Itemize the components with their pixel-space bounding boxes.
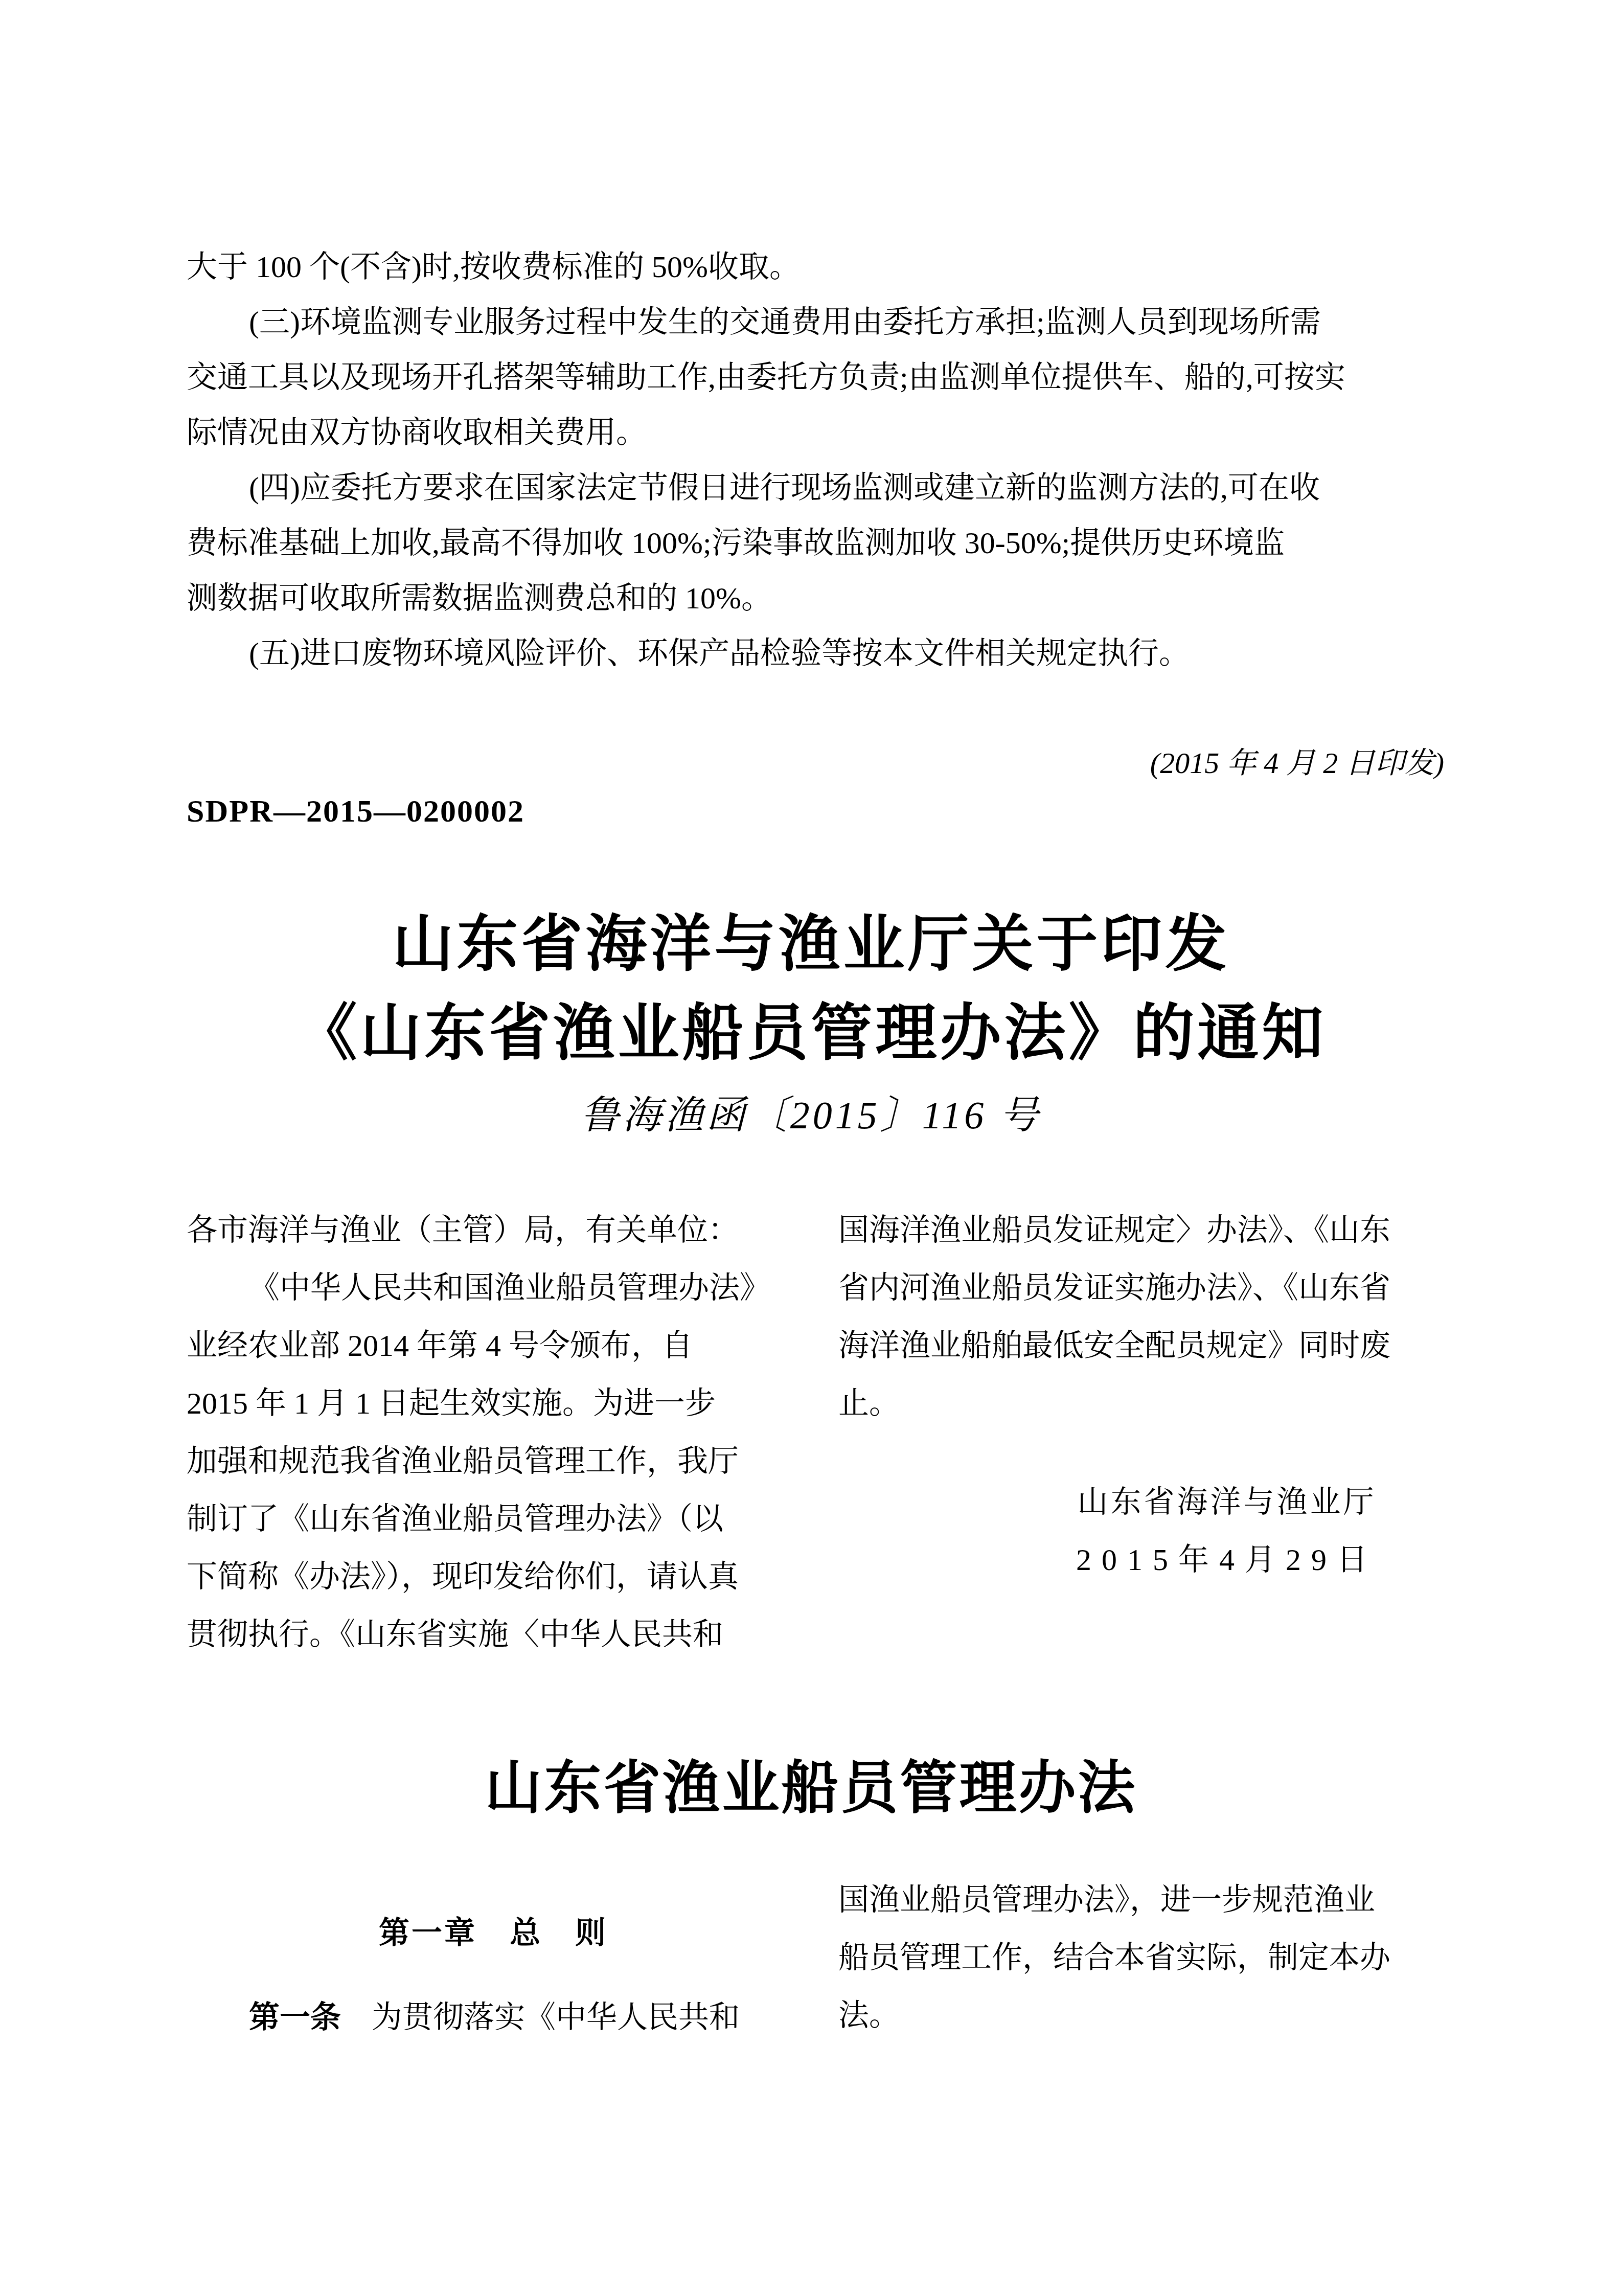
notice-body-line: 业经农业部 2014 年第 4 号令颁布，自 — [187, 1317, 800, 1375]
notice-title-line2: 《山东省渔业船员管理办法》的通知 — [0, 989, 1622, 1078]
fee-rules-section: 大于 100 个(不含)时,按收费标准的 50%收取。 (三)环境监测专业服务过… — [187, 239, 1444, 681]
fee-rule-line: (五)进口废物环境风险评价、环保产品检验等按本文件相关规定执行。 — [187, 626, 1444, 681]
document-number: SDPR—2015—0200002 — [187, 793, 524, 830]
fee-rule-line: 费标准基础上加收,最高不得加收 100%;污染事故监测加收 30-50%;提供历… — [187, 515, 1444, 571]
notice-body-line: 国海洋渔业船员发证规定〉办法》、《山东 — [838, 1201, 1452, 1259]
notice-body-line: 海洋渔业船舶最低安全配员规定》同时废 — [838, 1317, 1452, 1375]
chapter-one-heading: 第一章 总 则 — [187, 1908, 800, 1952]
regulation-body-line: 国渔业船员管理办法》，进一步规范渔业 — [838, 1871, 1452, 1929]
notice-body-right-column: 国海洋渔业船员发证规定〉办法》、《山东 省内河渔业船员发证实施办法》、《山东省 … — [838, 1201, 1452, 1589]
regulation-title: 山东省渔业船员管理办法 — [0, 1742, 1622, 1825]
notice-body-line: 止。 — [838, 1375, 1452, 1433]
notice-title: 山东省海洋与渔业厅关于印发 《山东省渔业船员管理办法》的通知 — [0, 900, 1622, 1078]
document-page: 大于 100 个(不含)时,按收费标准的 50%收取。 (三)环境监测专业服务过… — [0, 0, 1622, 2296]
fee-rule-line: (三)环境监测专业服务过程中发生的交通费用由委托方承担;监测人员到现场所需 — [187, 294, 1444, 350]
fee-rule-line: 测数据可收取所需数据监测费总和的 10%。 — [187, 571, 1444, 626]
article-one-text: 为贯彻落实《中华人民共和 — [341, 2001, 740, 2034]
article-one-label: 第一条 — [249, 2000, 341, 2034]
notice-title-line1: 山东省海洋与渔业厅关于印发 — [0, 900, 1622, 989]
notice-body-line: 下简称《办法》），现印发给你们，请认真 — [187, 1548, 800, 1606]
notice-body-line: 加强和规范我省渔业船员管理工作，我厅 — [187, 1433, 800, 1490]
signature-organization: 山东省海洋与渔业厅 — [1073, 1473, 1380, 1531]
regulation-body-line: 船员管理工作，结合本省实际，制定本办 — [838, 1929, 1452, 1987]
article-one-line: 第一条 为贯彻落实《中华人民共和 — [187, 1993, 800, 2037]
notice-body-line: 2015 年 1 月 1 日起生效实施。为进一步 — [187, 1375, 800, 1433]
notice-body-line: 各市海洋与渔业（主管）局，有关单位： — [187, 1201, 800, 1259]
notice-body-line: 《中华人民共和国渔业船员管理办法》 — [187, 1259, 800, 1317]
notice-body-line: 省内河渔业船员发证实施办法》、《山东省 — [838, 1259, 1452, 1317]
notice-body-line: 贯彻执行。《山东省实施〈中华人民共和 — [187, 1606, 800, 1664]
fee-rule-line: (四)应委托方要求在国家法定节假日进行现场监测或建立新的监测方法的,可在收 — [187, 460, 1444, 515]
regulation-body-right-column: 国渔业船员管理办法》，进一步规范渔业 船员管理工作，结合本省实际，制定本办 法。 — [838, 1871, 1452, 2044]
fee-rule-line: 际情况由双方协商收取相关费用。 — [187, 405, 1444, 460]
notice-body-left-column: 各市海洋与渔业（主管）局，有关单位： 《中华人民共和国渔业船员管理办法》 业经农… — [187, 1201, 800, 1664]
notice-body-line: 制订了《山东省渔业船员管理办法》（以 — [187, 1490, 800, 1548]
document-reference-number: 鲁海渔函〔2015〕116 号 — [0, 1084, 1622, 1140]
fee-rule-line: 大于 100 个(不含)时,按收费标准的 50%收取。 — [187, 239, 1444, 294]
issue-date-note: (2015 年 4 月 2 日印发) — [187, 739, 1444, 782]
fee-rule-line: 交通工具以及现场开孔搭架等辅助工作,由委托方负责;由监测单位提供车、船的,可按实 — [187, 350, 1444, 405]
regulation-body-line: 法。 — [838, 1987, 1452, 2044]
signature-date: 2015年4月29日 — [1073, 1531, 1380, 1589]
signature-block: 山东省海洋与渔业厅 2015年4月29日 — [1073, 1473, 1380, 1589]
